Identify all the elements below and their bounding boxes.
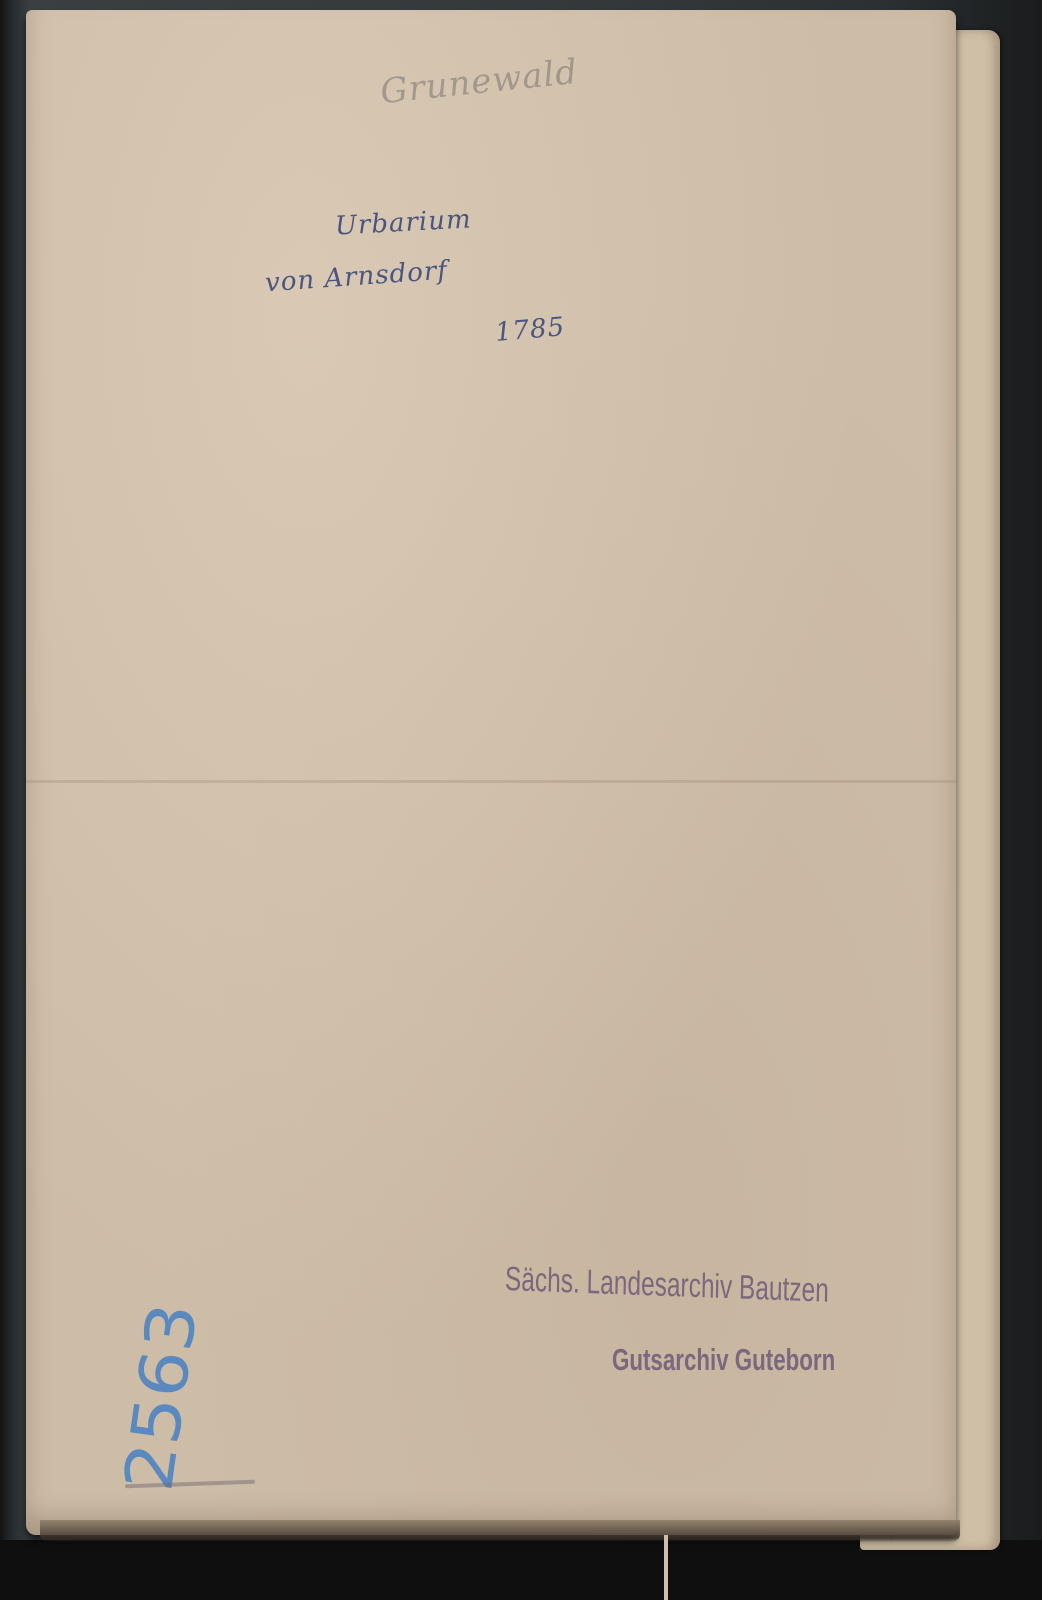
title-year: 1785 (494, 312, 567, 348)
cover-bottom-edge (40, 1520, 960, 1542)
archive-stamp-guteborn: Gutsarchiv Guteborn (612, 1342, 835, 1378)
binding-string (664, 1535, 668, 1600)
